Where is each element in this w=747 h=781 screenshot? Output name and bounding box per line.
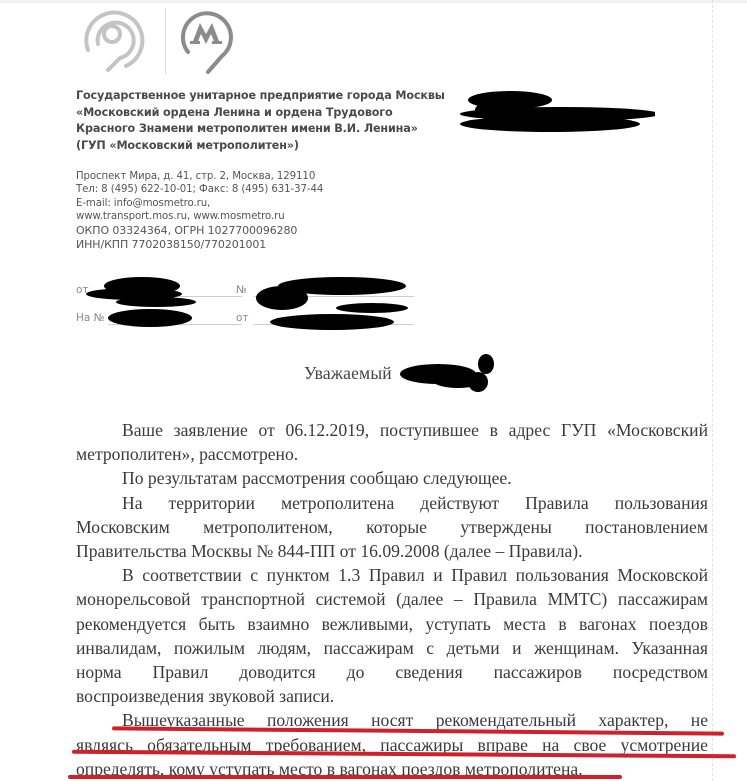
- email: E-mail: info@mosmetro.ru,: [76, 197, 323, 210]
- paragraph: На территории метрополитена действуют Пр…: [76, 491, 708, 564]
- metro-m-icon: [176, 4, 236, 76]
- contact-block: Проспект Мира, д. 41, стр. 2, Москва, 12…: [76, 170, 323, 252]
- websites: www.transport.mos.ru, www.mosmetro.ru: [76, 210, 323, 223]
- paragraph: По результатам рассмотрения сообщаю след…: [76, 466, 708, 490]
- text-line: В соответствии с пунктом 1.3 Правил и Пр…: [76, 563, 708, 587]
- org-line: «Московский ордена Ленина и ордена Трудо…: [76, 105, 445, 122]
- address: Проспект Мира, д. 41, стр. 2, Москва, 12…: [76, 170, 323, 183]
- paragraph: В соответствии с пунктом 1.3 Правил и Пр…: [76, 563, 708, 708]
- page-fold-line: [712, 0, 713, 781]
- text-line: монорельсовой транспортной системой (дал…: [76, 587, 708, 611]
- text-line: На территории метрополитена действуют Пр…: [76, 491, 708, 515]
- text-line: По результатам рассмотрения сообщаю след…: [76, 466, 708, 490]
- text-line: Правительства Москвы № 844-ПП от 16.09.2…: [76, 539, 708, 563]
- text-line: метрополитен», рассмотрено.: [76, 442, 708, 466]
- redaction-mark: [398, 352, 500, 396]
- paragraph: Ваше заявление от 06.12.2019, поступивше…: [76, 418, 708, 466]
- phone-fax: Тел: 8 (495) 622-10-01; Факс: 8 (495) 63…: [76, 183, 323, 196]
- org-line: Государственное унитарное предприятие го…: [76, 88, 445, 105]
- red-underline: [68, 775, 622, 779]
- scan-top-edge: [0, 0, 747, 3]
- okpo-ogrn: ОКПО 03324364, ОГРН 1027700096280: [76, 224, 323, 238]
- redaction-mark: [252, 276, 412, 332]
- logo-divider: [165, 8, 166, 74]
- outgoing-number-field: №: [236, 284, 247, 296]
- text-line: норма Правил доводится до сведения пасса…: [76, 660, 708, 684]
- redaction-mark: [440, 86, 655, 138]
- greeting: Уважаемый: [304, 363, 392, 384]
- organization-name: Государственное унитарное предприятие го…: [76, 88, 445, 154]
- redaction-mark: [84, 276, 204, 332]
- text-line: инвалидам, пожилым людям, пассажирам с д…: [76, 636, 708, 660]
- number-label: №: [236, 284, 247, 296]
- highlighted-paragraph: Вышеуказанные положения носят рекомендат…: [76, 708, 708, 781]
- dated-label: от: [236, 312, 249, 324]
- reply-date-field: от: [236, 312, 249, 324]
- text-line: рекомендуется быть взаимно вежливыми, ус…: [76, 612, 708, 636]
- nine-pin-icon: [76, 4, 152, 72]
- org-line: Красного Знамени метрополитен имени В.И.…: [76, 121, 445, 138]
- inn-kpp: ИНН/КПП 7702038150/770201001: [76, 238, 323, 252]
- text-line: воспроизведения звуковой записи.: [76, 684, 708, 708]
- text-line: Московским метрополитеном, которые утвер…: [76, 515, 708, 539]
- text-line: Ваше заявление от 06.12.2019, поступивше…: [76, 418, 708, 442]
- org-line: (ГУП «Московский метрополитен»): [76, 138, 445, 155]
